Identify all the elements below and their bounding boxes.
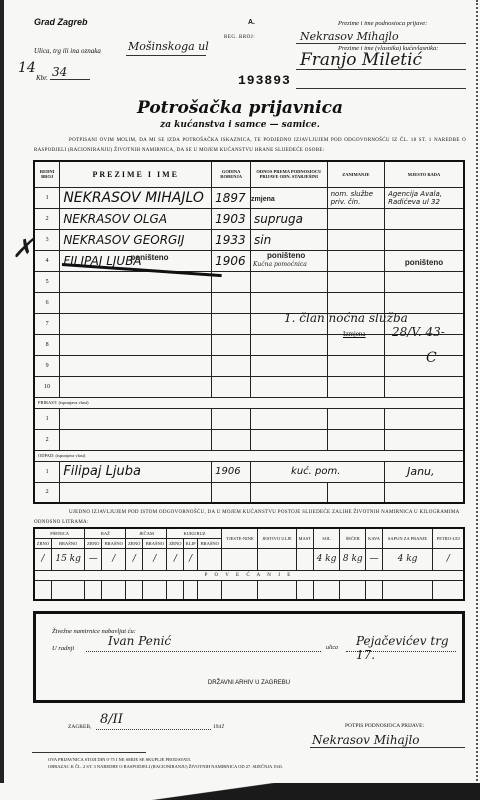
row-relation	[251, 376, 328, 397]
footer-note-price: OVA PRIJAVNICA STOJI DIN 0·75 I NE SMIJE…	[48, 757, 191, 762]
owner-underline	[296, 69, 466, 70]
col-header: PETRO-LEJ	[433, 528, 464, 548]
margin-note: 14	[18, 60, 36, 76]
row-relation	[251, 292, 328, 313]
izmjena-date: 28/V. 43-	[392, 325, 445, 339]
supply-value	[258, 548, 296, 570]
row-year	[212, 334, 251, 355]
sub-header: KLIP	[184, 538, 198, 548]
row-occupation	[327, 355, 384, 376]
row-number: 8	[34, 334, 60, 355]
sub-header: BRAŠNO	[102, 538, 126, 548]
row-number: 10	[34, 376, 60, 397]
shop-underline	[86, 651, 321, 652]
row-relation	[251, 408, 328, 429]
date-value: 8/II	[100, 712, 123, 727]
annotation-note: 1. član noćna služba	[284, 311, 408, 325]
row-name	[60, 334, 212, 355]
row-year: 1906	[212, 461, 251, 482]
group-header: PŠENICA	[34, 528, 85, 538]
col-header-workplace: MJESTO RADA	[385, 161, 464, 187]
city-label: Grad Zagreb	[34, 17, 88, 27]
document-page: Grad Zagreb Ulica, trg ili ina oznaka Mo…	[0, 0, 480, 800]
shop-box-bottom-border	[33, 700, 465, 703]
row-occupation	[327, 229, 384, 250]
signature-underline	[310, 747, 465, 748]
table-row: 9	[34, 355, 464, 376]
table-row: 1	[34, 408, 464, 429]
row-year	[212, 355, 251, 376]
row-name: NEKRASOV OLGA	[60, 208, 212, 229]
row-relation	[251, 334, 328, 355]
row-workplace	[385, 292, 464, 313]
row-name	[60, 313, 212, 334]
row-name: NEKRASOV MIHAJLO	[60, 187, 212, 208]
archive-stamp: DRŽAVNI ARHIV U ZAGREBU	[36, 680, 462, 686]
applicant-label: Prezime i ime podnosioca prijave:	[338, 20, 427, 27]
reg-number: 193893	[238, 73, 291, 88]
row-number: 1	[34, 461, 60, 482]
supply-value	[296, 548, 313, 570]
sub-header: ZRNO	[167, 538, 184, 548]
row-workplace	[385, 208, 464, 229]
row-occupation: kuć. pom.	[251, 461, 385, 482]
row-number: 2	[34, 482, 60, 503]
shop-street-label: ulica	[326, 645, 338, 651]
supply-value	[198, 548, 222, 570]
row-occupation	[327, 292, 384, 313]
supply-value: —	[85, 548, 102, 570]
row-number: 7	[34, 313, 60, 334]
col-header: KAVA	[366, 528, 382, 548]
supplies-values-row: / 15 kg — / / / / / 4 kg 8 kg — 4 kg /	[34, 548, 464, 570]
shop-label: U radnji	[52, 645, 74, 652]
street-label: Ulica, trg ili ina oznaka	[34, 47, 101, 55]
row-relation	[251, 429, 328, 450]
sub-header: BRAŠNO	[51, 538, 85, 548]
row-name	[60, 482, 212, 503]
date-underline	[96, 729, 211, 730]
sub-header: BRAŠNO	[143, 538, 167, 548]
supply-value: 8 kg	[340, 548, 366, 570]
table-row: 2	[34, 429, 464, 450]
blank-underline	[296, 88, 466, 89]
col-header-occupation: ZANIMANJE	[327, 161, 384, 187]
row-relation	[251, 482, 328, 503]
row-occupation	[327, 408, 384, 429]
row-number: 6	[34, 292, 60, 313]
supply-value: /	[143, 548, 167, 570]
row-relation: poništeno Kućna pomoćnica	[251, 250, 328, 271]
row-occupation: nom. službe priv. čin.	[327, 187, 384, 208]
prirast-label: PRIRAST: (ispunjava vlast)	[34, 397, 464, 408]
supply-value: /	[34, 548, 51, 570]
row-name	[60, 355, 212, 376]
group-header: RAŽ	[85, 528, 126, 538]
table-row: 1 NEKRASOV MIHAJLO 1897 zmjena nom. služ…	[34, 187, 464, 208]
row-year: 1903	[212, 208, 251, 229]
odpad-label: ODPAD: (ispunjava vlast)	[34, 450, 464, 461]
shop-street-underline	[346, 651, 456, 652]
group-header: JEČAM	[126, 528, 167, 538]
table-row: 5	[34, 271, 464, 292]
table-row: 6	[34, 292, 464, 313]
row-year	[212, 376, 251, 397]
house-underline	[50, 79, 90, 80]
row-occupation	[327, 208, 384, 229]
form-subtitle: za kućanstva i samce — samice.	[0, 120, 480, 130]
row-year	[212, 408, 251, 429]
row-workplace	[385, 376, 464, 397]
row-workplace	[385, 408, 464, 429]
shop-value: Ivan Penić	[108, 634, 171, 648]
row-number: 2	[34, 208, 60, 229]
row-year	[212, 482, 251, 503]
row-occupation	[327, 482, 384, 503]
row-workplace	[385, 229, 464, 250]
applicant-signature: Nekrasov Mihajlo	[312, 733, 420, 747]
col-header: ŠEĆER	[340, 528, 366, 548]
supply-value: /	[184, 548, 198, 570]
shop-box: Živežne namirnice nabavljat ću: U radnji…	[33, 611, 465, 703]
izmjena-initial: C	[426, 350, 437, 366]
row-year	[212, 292, 251, 313]
year-prefix-text: 194	[213, 724, 221, 730]
row-relation	[251, 355, 328, 376]
row-year: 1933	[212, 229, 251, 250]
row-number: 1	[34, 187, 60, 208]
povecanje-label: P O V E Ć A N J E	[34, 570, 464, 580]
row-occupation	[327, 250, 384, 271]
year-prefix: 1941	[213, 724, 225, 730]
supply-value: —	[366, 548, 382, 570]
col-header: TJESTE-NINE	[222, 528, 258, 548]
row-year	[212, 429, 251, 450]
row-number: 1	[34, 408, 60, 429]
supplies-table: PŠENICA RAŽ JEČAM KUKURUZ TJESTE-NINE JE…	[33, 527, 465, 601]
sub-header: ZRNO	[85, 538, 102, 548]
row-number: 2	[34, 429, 60, 450]
supply-value: 15 kg	[51, 548, 85, 570]
row-name	[60, 408, 212, 429]
section-letter: A.	[248, 19, 255, 26]
row-workplace	[385, 429, 464, 450]
table-row: 1 Filipaj Ljuba 1906 kuć. pom. Janu,	[34, 461, 464, 482]
applicant-underline	[296, 43, 466, 44]
row-workplace: Agencija Avala, Radićeva ul 32	[385, 187, 464, 208]
supplies-intro: UJEDNO IZJAVLJUJEM POD ISTOM ODGOVORNOŠĆ…	[34, 508, 466, 528]
row-workplace	[385, 271, 464, 292]
owner-signature: Franjo Miletić	[300, 50, 422, 70]
row-name	[60, 292, 212, 313]
row-workplace	[385, 355, 464, 376]
street-value: Mošinskoga ul	[128, 40, 209, 53]
footer-note-regulation: OBRAZAC K ČL. 2 ST. 3 NAREDBE O RASPODJE…	[48, 764, 283, 769]
row-name: NEKRASOV GEORGIJ	[60, 229, 212, 250]
col-header: MAST	[296, 528, 313, 548]
supply-value	[222, 548, 258, 570]
izmjena-label: Izmjena	[343, 330, 366, 338]
row-relation: zmjena	[251, 187, 328, 208]
row-workplace	[385, 482, 464, 503]
row-name	[60, 376, 212, 397]
table-row: 3 NEKRASOV GEORGIJ 1933 sin	[34, 229, 464, 250]
row-relation	[251, 271, 328, 292]
povecanje-row	[34, 580, 464, 600]
sub-header: ZRNO	[34, 538, 51, 548]
row-year: 1906	[212, 250, 251, 271]
row-year: 1897	[212, 187, 251, 208]
row-relation-text: Kućna pomoćnica	[253, 261, 307, 268]
house-label: Kbr.	[36, 74, 48, 82]
year-value: 1	[221, 724, 225, 730]
sub-header: ZRNO	[126, 538, 143, 548]
house-value: 34	[52, 65, 67, 79]
ponisteno-stamp: poništeno	[267, 251, 305, 260]
scan-bottom-edge	[0, 783, 480, 800]
place-label: ZAGREB,	[68, 724, 91, 730]
row-occupation	[327, 271, 384, 292]
supply-value: /	[433, 548, 464, 570]
row-name: Filipaj Ljuba	[60, 461, 212, 482]
col-header-name: PREZIME I IME	[60, 161, 212, 187]
col-header: SAPUN ZA PRANJE	[382, 528, 433, 548]
zmjena-stamp: zmjena	[251, 196, 275, 203]
col-header: JESTIVO ULJE	[258, 528, 296, 548]
row-occupation	[327, 429, 384, 450]
row-relation: sin	[251, 229, 328, 250]
table-row: 10	[34, 376, 464, 397]
row-occupation	[327, 376, 384, 397]
reg-label: REG. BROJ:	[224, 35, 255, 40]
footer-divider	[32, 752, 146, 753]
sub-header: BRAŠNO	[198, 538, 222, 548]
col-header-relation: ODNOS PREMA PODNOSIOCU PRIJAVE ODN. STAR…	[251, 161, 328, 187]
applicant-value: Nekrasov Mihajlo	[300, 30, 399, 43]
row-workplace: Janu,	[385, 461, 464, 482]
row-year	[212, 313, 251, 334]
row-number: 3	[34, 229, 60, 250]
row-name	[60, 429, 212, 450]
row-relation: supruga	[251, 208, 328, 229]
col-header: SOL	[313, 528, 339, 548]
table-row: 2 NEKRASOV OLGA 1903 supruga	[34, 208, 464, 229]
row-number: 5	[34, 271, 60, 292]
shop-street-value: Pejačevićev trg 17.	[356, 634, 462, 662]
supply-value: /	[102, 548, 126, 570]
row-workplace: poništeno	[385, 250, 464, 271]
signature-label: POTPIS PODNOSIOCA PRIJAVE:	[345, 723, 424, 729]
margin-cross-mark: ✗	[12, 234, 34, 264]
row-number: 9	[34, 355, 60, 376]
street-underline	[126, 55, 206, 56]
supply-value: 4 kg	[382, 548, 433, 570]
supply-value: 4 kg	[313, 548, 339, 570]
col-header-year: GODINA ROĐENJA	[212, 161, 251, 187]
ponisteno-stamp: poništeno	[405, 258, 443, 267]
row-number: 4	[34, 250, 60, 271]
ponisteno-stamp: poništeno	[130, 253, 168, 262]
group-header: KUKURUZ	[167, 528, 222, 538]
form-title: Potrošačka prijavnica	[0, 98, 480, 118]
supply-value: /	[126, 548, 143, 570]
intro-text: POTPISANI OVIM MOLIM, DA MI SE IZDA POTR…	[34, 136, 466, 156]
col-header-no: REDNI BROJ	[34, 161, 60, 187]
table-row: 2	[34, 482, 464, 503]
supply-value: /	[167, 548, 184, 570]
